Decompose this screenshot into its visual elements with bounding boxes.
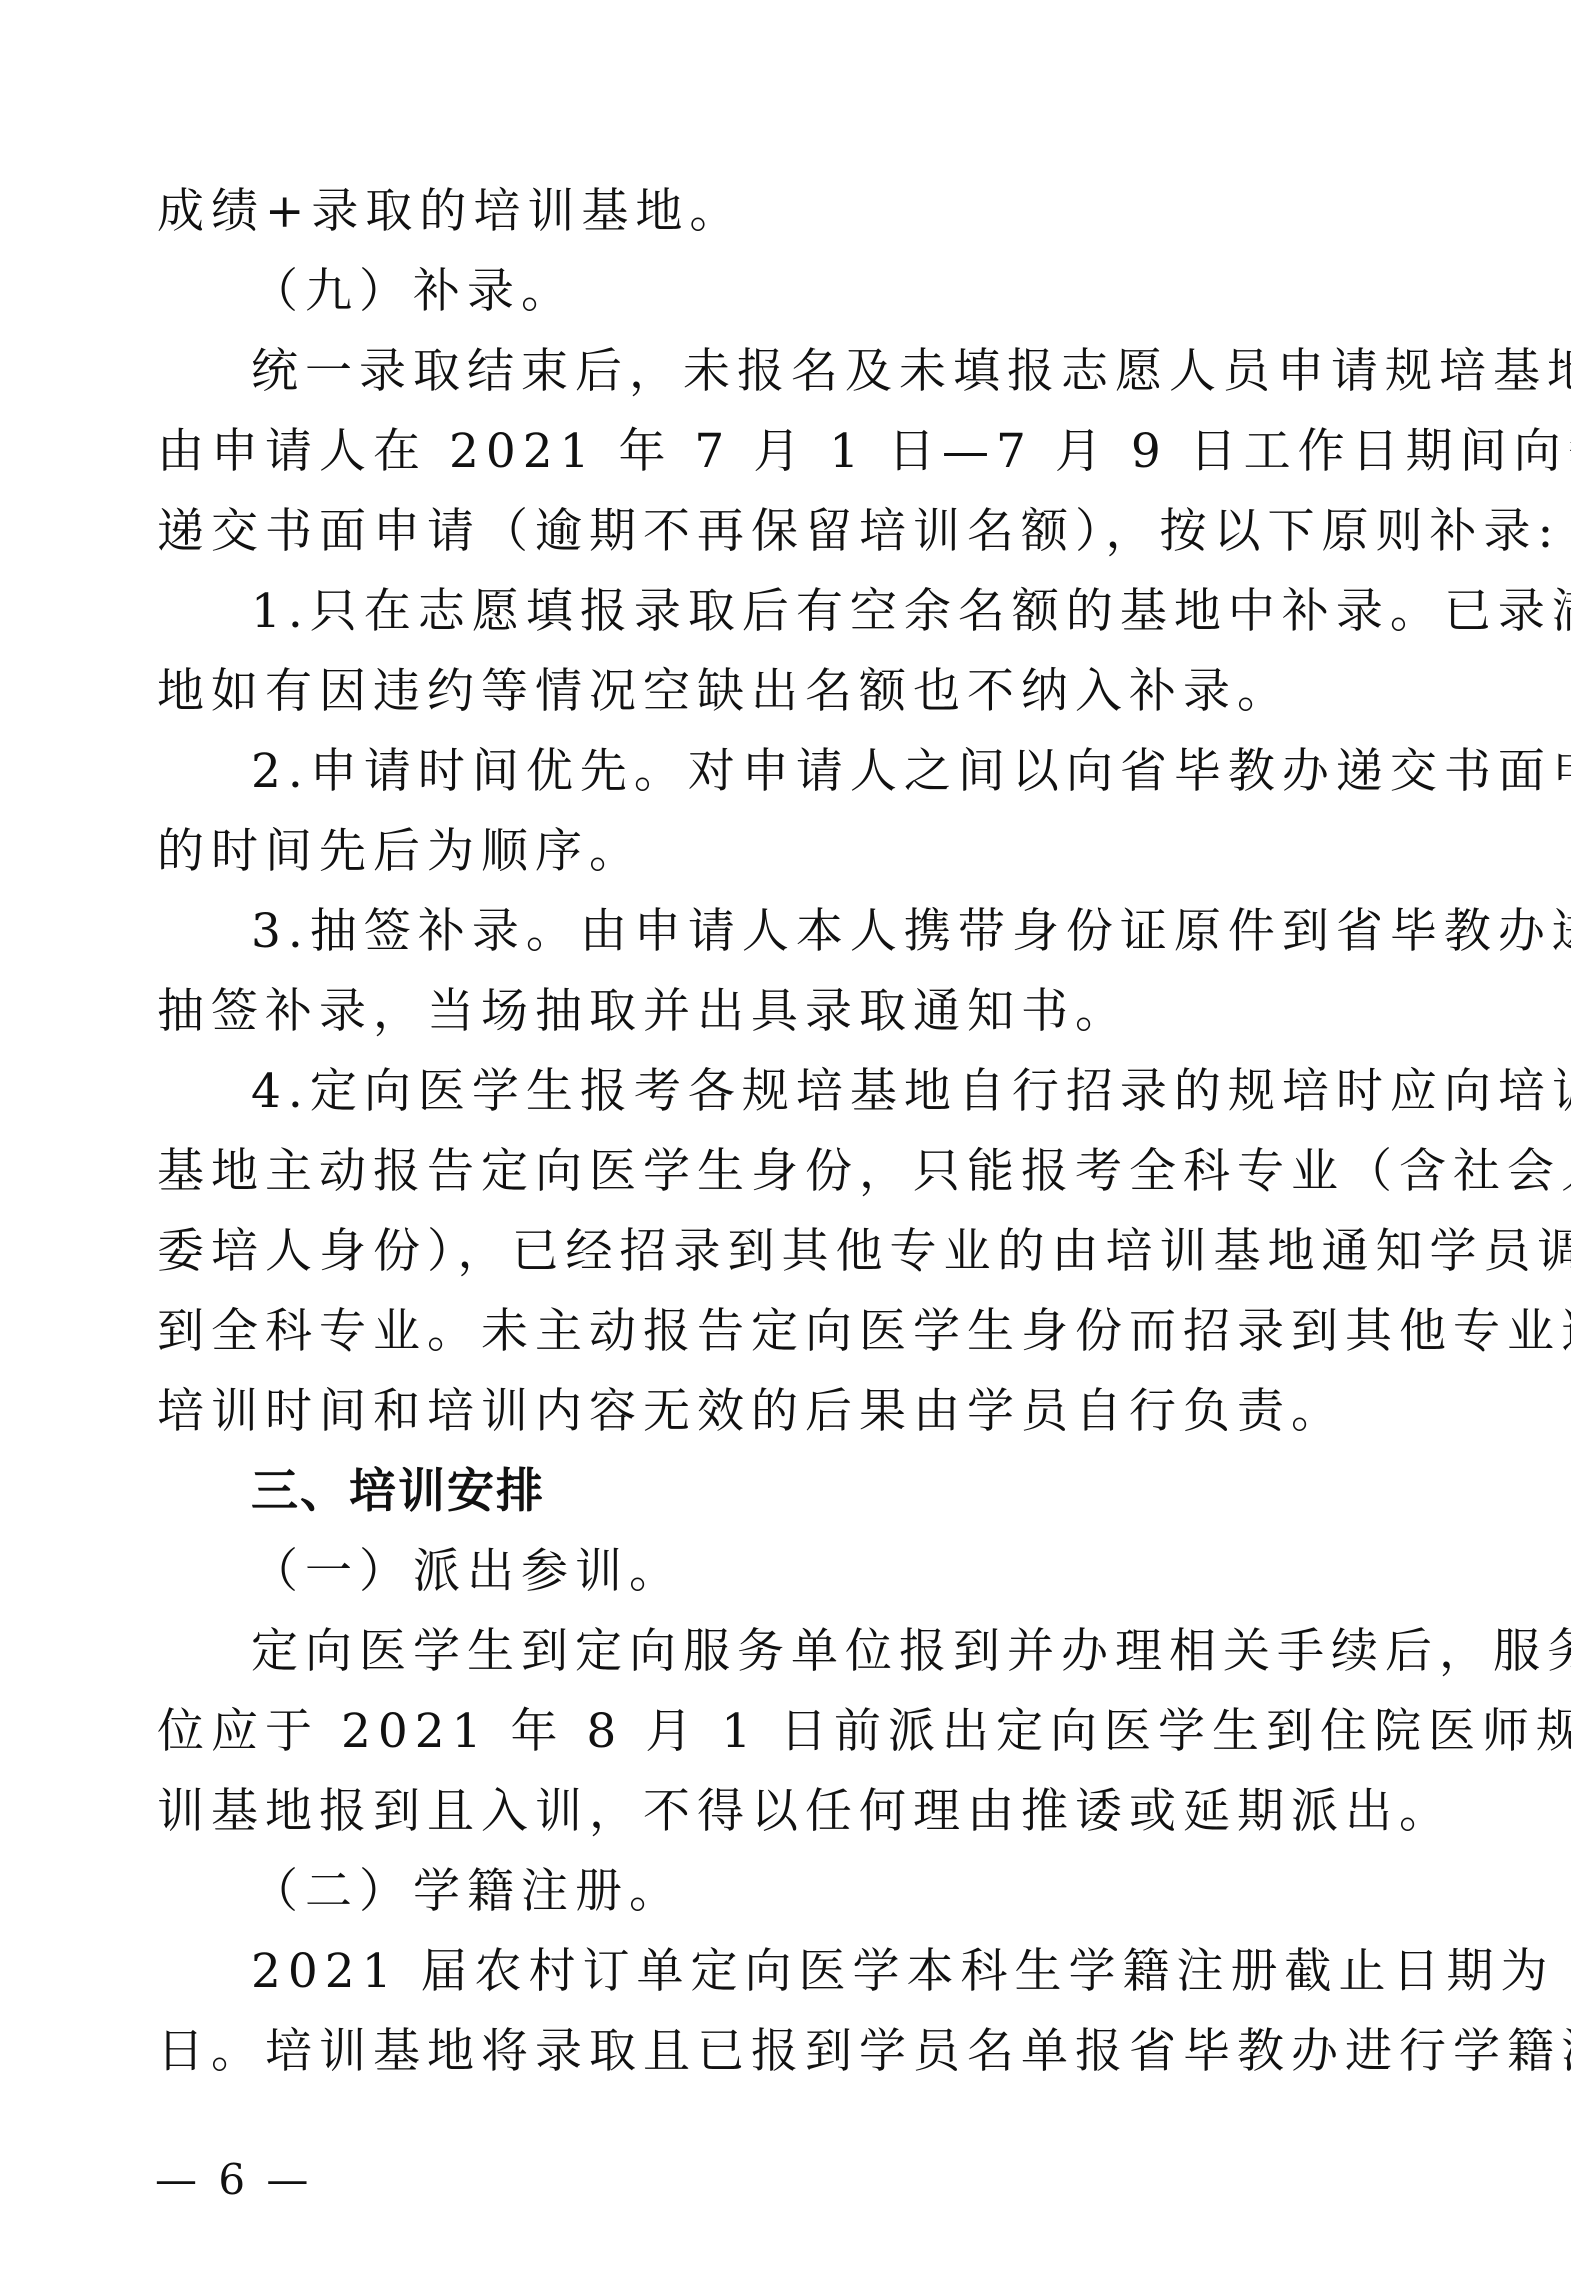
- paragraph-line: 训基地报到且入训，不得以任何理由推诿或延期派出。: [157, 1772, 1407, 1852]
- paragraph-line: 培训时间和培训内容无效的后果由学员自行负责。: [157, 1372, 1407, 1452]
- paragraph-line: 位应于 2021 年 8 月 1 日前派出定向医学生到住院医师规范化培: [157, 1692, 1405, 1772]
- list-item-4: 4.定向医学生报考各规培基地自行招录的规培时应向培训: [157, 1052, 1405, 1132]
- paragraph-line: 日。培训基地将录取且已报到学员名单报省毕教办进行学籍注: [157, 2012, 1405, 2092]
- paragraph-line: 地如有因违约等情况空缺出名额也不纳入补录。: [157, 652, 1407, 732]
- subsection-heading-supplementary-admission: （九）补录。: [157, 252, 1407, 332]
- paragraph-line: 抽签补录，当场抽取并出具录取通知书。: [157, 972, 1407, 1052]
- paragraph-line: 2021 届农村订单定向医学本科生学籍注册截止日期为 8 月 1: [157, 1932, 1405, 2012]
- paragraph-line: 统一录取结束后，未报名及未填报志愿人员申请规培基地，: [157, 332, 1405, 412]
- paragraph-line: 成绩+录取的培训基地。: [157, 172, 1407, 252]
- paragraph-line: 定向医学生到定向服务单位报到并办理相关手续后，服务单: [157, 1612, 1405, 1692]
- paragraph-line: 由申请人在 2021 年 7 月 1 日—7 月 9 日工作日期间向省毕教办: [157, 412, 1405, 492]
- paragraph-line: 到全科专业。未主动报告定向医学生身份而招录到其他专业造成: [157, 1292, 1405, 1372]
- section-heading-training-arrangement: 三、培训安排: [157, 1452, 1407, 1532]
- page-number: — 6 —: [155, 2155, 312, 2204]
- list-item-1: 1.只在志愿填报录取后有空余名额的基地中补录。已录满基: [157, 572, 1405, 652]
- paragraph-line: 的时间先后为顺序。: [157, 812, 1407, 892]
- subsection-heading-dispatch: （一）派出参训。: [157, 1532, 1407, 1612]
- document-page: 成绩+录取的培训基地。 （九）补录。 统一录取结束后，未报名及未填报志愿人员申请…: [157, 172, 1407, 2092]
- paragraph-line: 基地主动报告定向医学生身份，只能报考全科专业（含社会人、: [157, 1132, 1405, 1212]
- list-item-2: 2.申请时间优先。对申请人之间以向省毕教办递交书面申请: [157, 732, 1405, 812]
- list-item-3: 3.抽签补录。由申请人本人携带身份证原件到省毕教办进行: [157, 892, 1405, 972]
- paragraph-line: 委培人身份），已经招录到其他专业的由培训基地通知学员调整: [157, 1212, 1405, 1292]
- subsection-heading-registration: （二）学籍注册。: [157, 1852, 1407, 1932]
- paragraph-line: 递交书面申请（逾期不再保留培训名额），按以下原则补录:: [157, 492, 1407, 572]
